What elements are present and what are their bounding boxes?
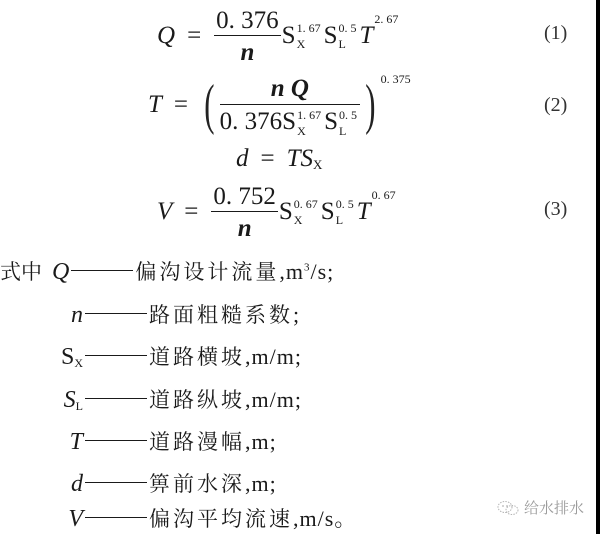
legend-var: SX	[0, 344, 83, 371]
legend-row-sl: SL 道路纵坡 ,m/m;	[0, 384, 302, 414]
legend-row-q: 式中 Q 偏沟设计流量 ,m3/s;	[0, 256, 334, 286]
eq3-equals: =	[184, 198, 198, 226]
legend-dash	[85, 313, 147, 315]
legend-row-n: n 路面粗糙系数 ;	[0, 299, 300, 329]
eq2-fraction: n Q 0. 376 S1. 67X S0. 5L	[220, 76, 360, 134]
legend-row-v: V 偏沟平均流速 ,m/s。	[0, 502, 357, 533]
eq3-lhs: V	[157, 198, 172, 226]
legend-dash	[85, 355, 147, 357]
eq2-left-paren-icon: (	[204, 77, 214, 133]
eq1-term-t: T 2. 67	[359, 22, 398, 50]
eq1-fraction: 0. 376 n	[214, 8, 281, 65]
legend-unit: ,m/m;	[245, 387, 302, 413]
eq2-outer-exponent: 0. 375	[381, 72, 411, 87]
legend-dash	[71, 270, 133, 272]
eq1-equals: =	[187, 22, 201, 50]
eq2-number: (2)	[544, 94, 567, 117]
legend-desc: 偏沟平均流速	[149, 503, 293, 533]
equation-2: T = ( n Q 0. 376 S1. 67X S0. 5L ) 0. 375…	[0, 72, 600, 138]
eq3-number: (3)	[544, 198, 567, 221]
legend-desc: 道路纵坡	[149, 384, 245, 414]
eq1-numerator: 0. 376	[214, 8, 281, 36]
equation-depth: d = TS X	[0, 142, 600, 176]
eq3-term-t: T 0. 67	[357, 198, 396, 226]
eq3-numerator: 0. 752	[211, 184, 278, 212]
legend-row-sx: SX 道路横坡 ,m/m;	[0, 341, 302, 371]
legend-var: n	[0, 302, 83, 329]
legend-row-d: d 箅前水深 ,m;	[0, 468, 277, 498]
eq2-right-paren-icon: )	[365, 77, 375, 133]
watermark: 给水排水	[496, 497, 584, 518]
legend-unit: ,m;	[245, 429, 277, 455]
eq1-term-sx: S 1. 67X	[282, 22, 324, 50]
legend-desc: 箅前水深	[149, 468, 245, 498]
legend-desc: 道路漫幅	[149, 426, 245, 456]
eq2-lhs: T	[148, 91, 162, 119]
eqd-rhs: TS	[287, 145, 313, 173]
legend-desc: 偏沟设计流量	[135, 256, 279, 286]
eq3-term-sx: S 0. 67X	[279, 198, 321, 226]
legend-dash	[85, 517, 147, 519]
equation-1: Q = 0. 376 n S 1. 67X S 0. 5L T 2. 67 (1…	[0, 8, 600, 64]
eq3-term-sl: S 0. 5L	[321, 198, 357, 226]
legend-dash	[85, 482, 147, 484]
eq2-denominator: 0. 376 S1. 67X S0. 5L	[220, 107, 360, 134]
legend-prefix: 式中	[0, 256, 42, 286]
legend-dash	[85, 440, 147, 442]
eq3-fraction: 0. 752 n	[211, 184, 278, 241]
legend-var: SL	[0, 387, 83, 414]
legend-desc: 路面粗糙系数	[149, 299, 293, 329]
legend-row-t: T 道路漫幅 ,m;	[0, 426, 277, 456]
legend-var: V	[0, 506, 83, 533]
eq2-equals: =	[174, 91, 188, 119]
legend-unit: ,m3/s;	[279, 259, 334, 285]
eq1-term-sl: S 0. 5L	[324, 22, 360, 50]
legend-var: d	[0, 471, 83, 498]
legend-var: T	[0, 429, 83, 456]
eq1-denominator: n	[240, 36, 254, 65]
wechat-icon	[496, 499, 520, 517]
legend-unit: ,m/m;	[245, 344, 302, 370]
eqd-rhs-sub: X	[313, 157, 322, 173]
legend-unit: ,m;	[245, 471, 277, 497]
legend-unit: ,m/s。	[293, 502, 357, 533]
eqd-equals: =	[261, 145, 275, 173]
eq3-denominator: n	[238, 212, 252, 241]
eq2-fraction-bar	[220, 104, 360, 105]
eq1-lhs: Q	[157, 22, 175, 50]
equation-3: V = 0. 752 n S 0. 67X S 0. 5L T 0. 67 (3…	[0, 184, 600, 240]
legend-unit: ;	[293, 302, 300, 328]
legend-dash	[85, 398, 147, 400]
legend-desc: 道路横坡	[149, 341, 245, 371]
eqd-lhs: d	[236, 145, 249, 173]
eq1-number: (1)	[544, 22, 567, 45]
legend-var: Q	[52, 259, 69, 286]
right-edge-border	[596, 0, 600, 534]
watermark-text: 给水排水	[524, 497, 584, 518]
eq2-numerator: n Q	[269, 76, 311, 101]
